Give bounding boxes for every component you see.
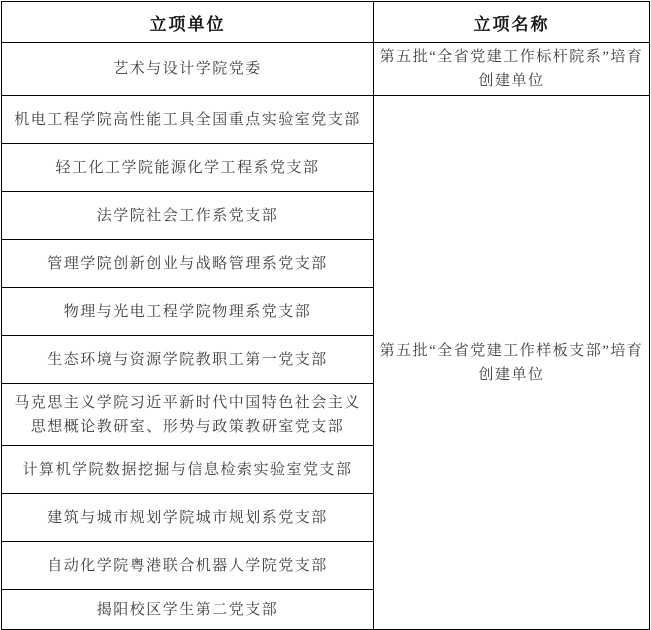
unit-cell: 计算机学院数据挖掘与信息检索实验室党支部 — [2, 446, 374, 494]
column-header-name: 立项名称 — [374, 2, 650, 43]
unit-cell: 自动化学院粤港联合机器人学院党支部 — [2, 542, 374, 590]
unit-cell: 轻工化工学院能源化学工程系党支部 — [2, 144, 374, 192]
column-header-unit: 立项单位 — [2, 2, 374, 43]
table-row: 艺术与设计学院党委 第五批“全省党建工作标杆院系”培育创建单位 — [2, 43, 650, 96]
unit-cell: 马克思主义学院习近平新时代中国特色社会主义思想概论教研室、形势与政策教研室党支部 — [2, 384, 374, 446]
unit-cell: 法学院社会工作系党支部 — [2, 192, 374, 240]
project-name-merged-cell: 第五批“全省党建工作样板支部”培育创建单位 — [374, 96, 650, 630]
project-name-cell: 第五批“全省党建工作标杆院系”培育创建单位 — [374, 43, 650, 96]
unit-cell: 建筑与城市规划学院城市规划系党支部 — [2, 494, 374, 542]
unit-cell: 管理学院创新创业与战略管理系党支部 — [2, 240, 374, 288]
unit-cell: 揭阳校区学生第二党支部 — [2, 590, 374, 630]
header-row: 立项单位 立项名称 — [2, 2, 650, 43]
unit-cell: 艺术与设计学院党委 — [2, 43, 374, 96]
project-approval-table: 立项单位 立项名称 艺术与设计学院党委 第五批“全省党建工作标杆院系”培育创建单… — [1, 1, 650, 630]
unit-cell: 机电工程学院高性能工具全国重点实验室党支部 — [2, 96, 374, 144]
table-row: 机电工程学院高性能工具全国重点实验室党支部 第五批“全省党建工作样板支部”培育创… — [2, 96, 650, 144]
unit-cell: 生态环境与资源学院教职工第一党支部 — [2, 336, 374, 384]
unit-cell: 物理与光电工程学院物理系党支部 — [2, 288, 374, 336]
